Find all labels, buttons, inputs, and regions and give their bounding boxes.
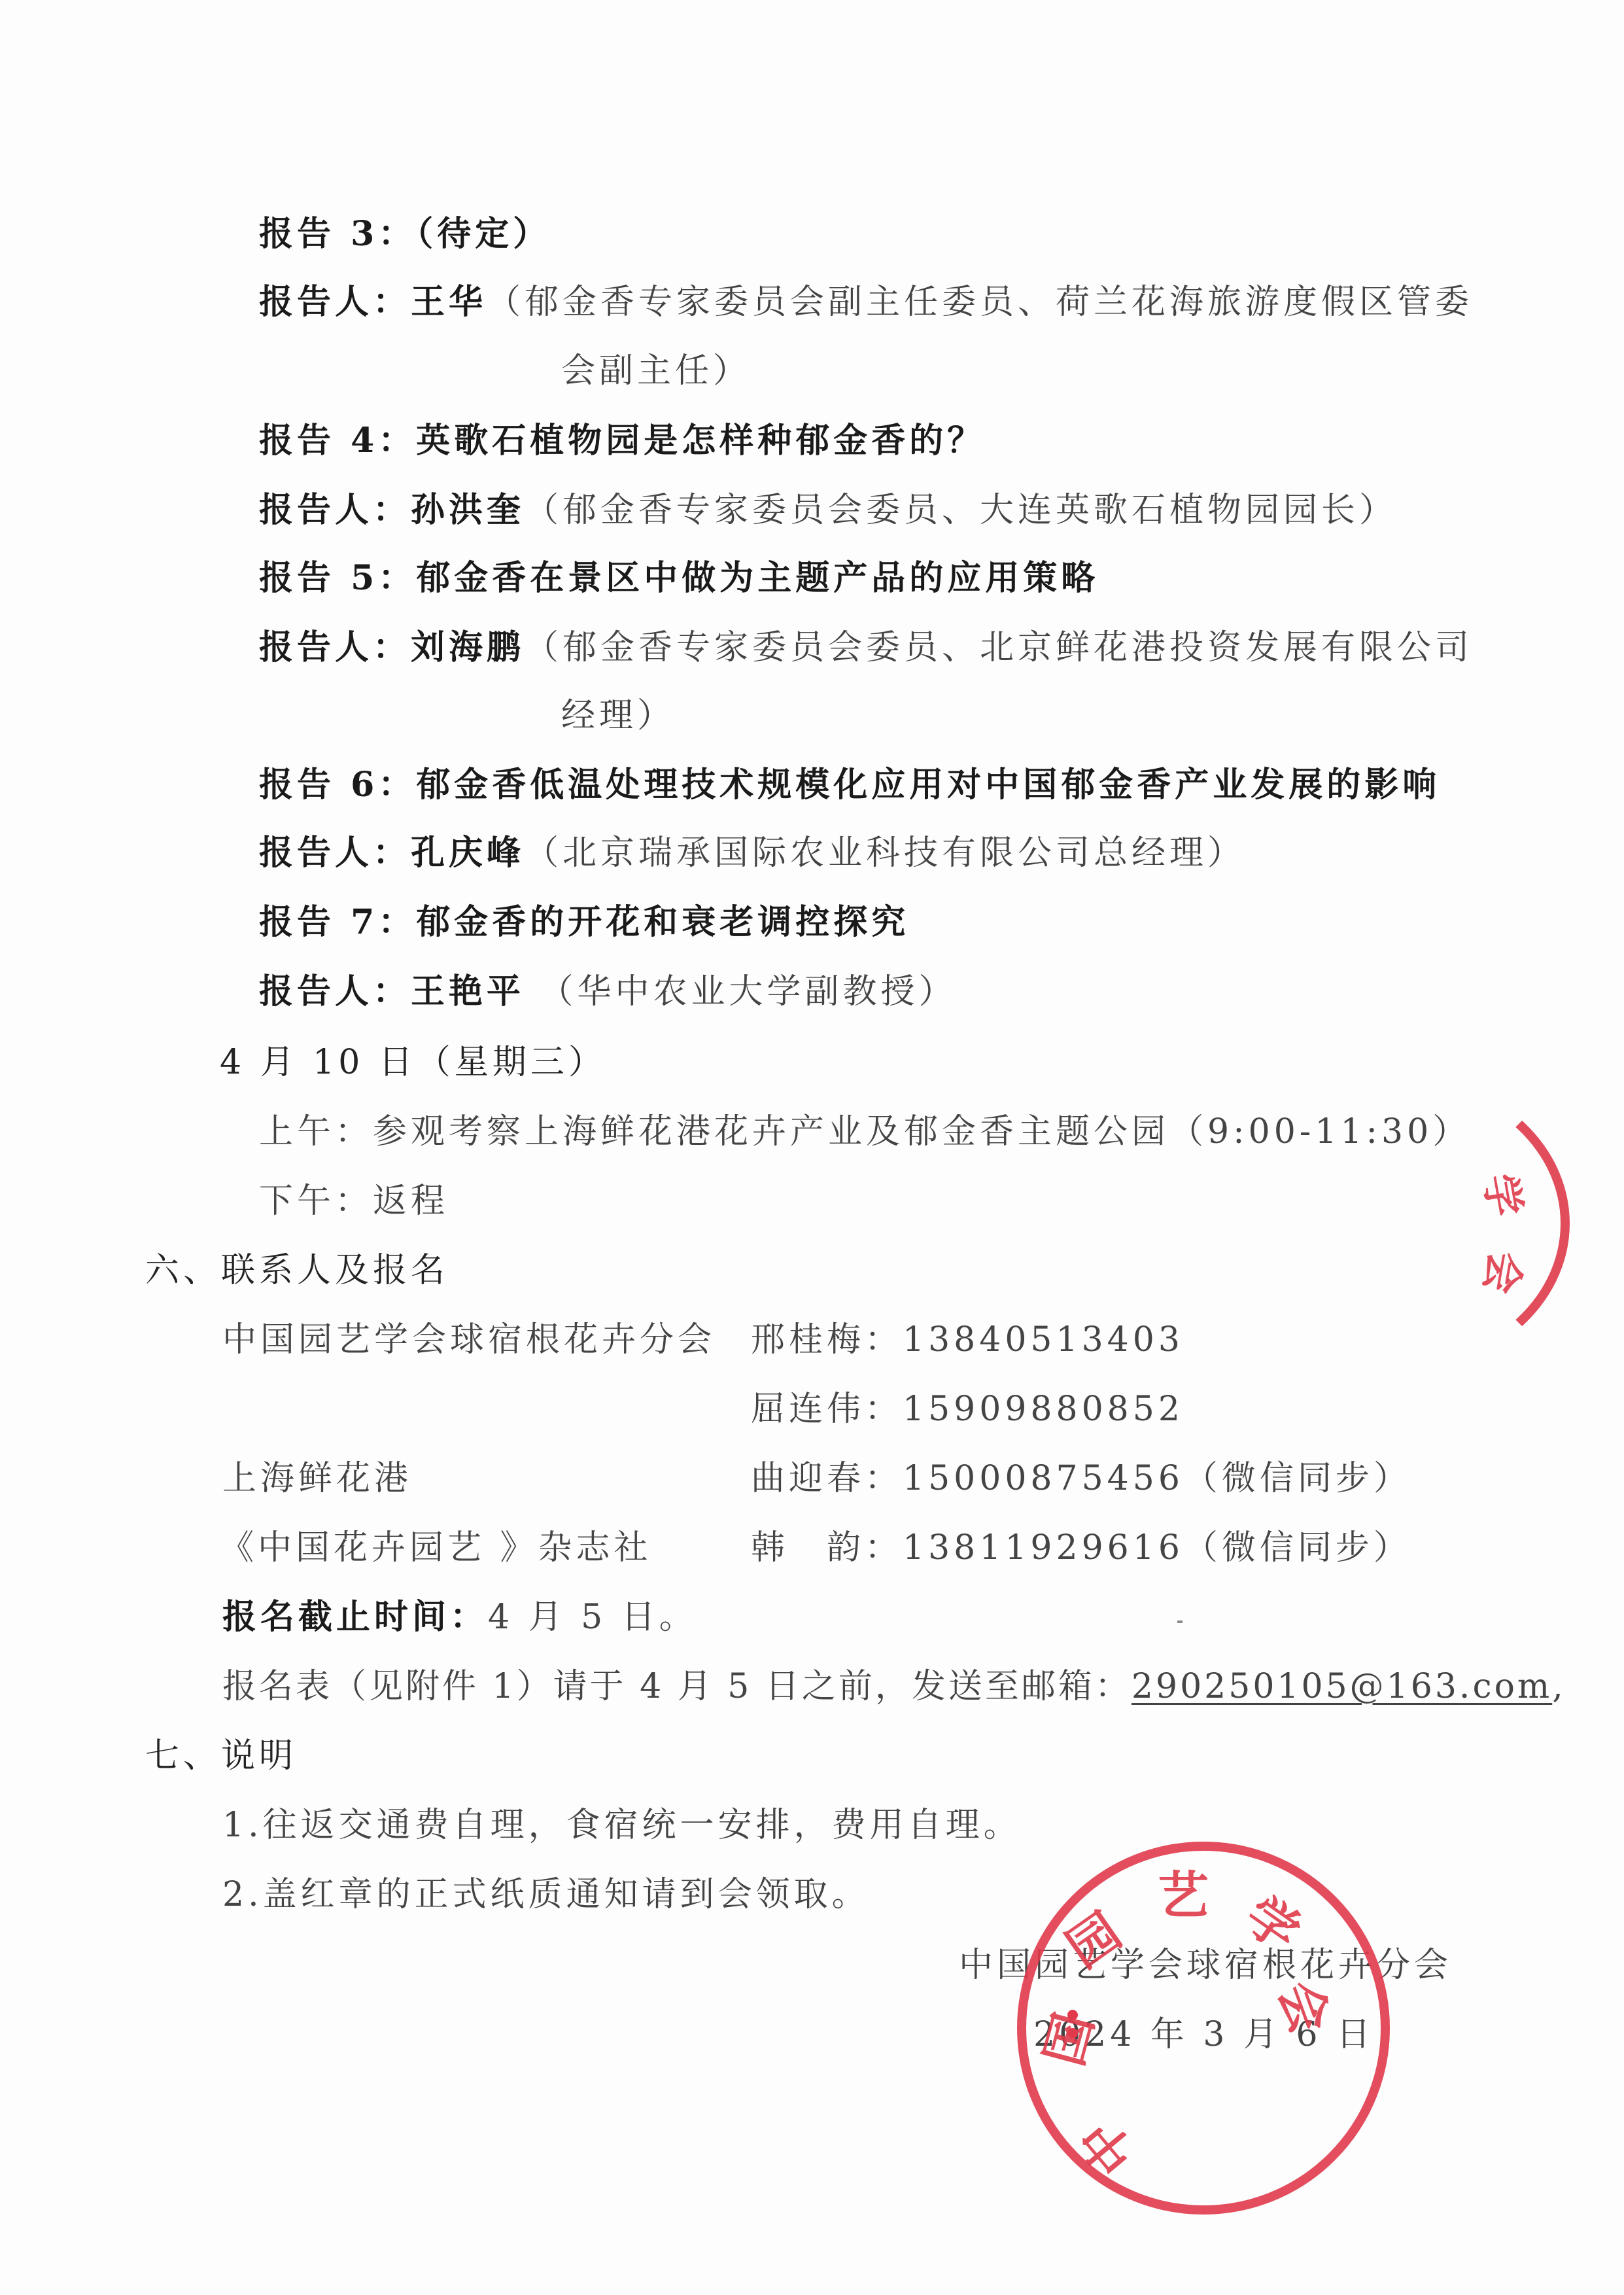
report-title: 郁金香的开花和衰老调控探究 [416,902,909,942]
report-3-line: 报告 3：（待定） [259,213,551,255]
speaker-label: 报告人： [259,972,411,1011]
day-date: 4 月 10 日（星期三） [220,1042,606,1083]
contact-person: 韩 韵：13811929616（微信同步） [751,1527,1411,1569]
speaker-affiliation: （郁金香专家委员会委员、北京鲜花港投资发展有限公司 [525,628,1473,667]
report-label: 报告 6： [259,765,416,805]
speaker-affiliation: （北京瑞承国际农业科技有限公司总经理） [525,833,1245,873]
report-title: （待定） [416,214,551,254]
section-6-heading: 六、联系人及报名 [145,1250,449,1291]
speaker-name: 王华 [411,282,487,322]
deadline-value: 4 月 5 日。 [488,1598,697,1637]
speaker-affiliation-cont: 会副主任） [561,350,751,392]
speaker-name: 刘海鹏 [411,627,525,667]
speaker-affiliation: （华中农业大学副教授） [525,972,957,1011]
stamp-dot-icon [1067,2010,1078,2020]
speaker-line: 报告人：孔庆峰（北京瑞承国际农业科技有限公司总经理） [259,832,1245,874]
note-item-2: 2.盖红章的正式纸质通知请到会领取。 [222,1874,870,1916]
speaker-label: 报告人： [259,282,411,322]
section-7-heading: 七、说明 [145,1735,297,1777]
speaker-label: 报告人： [259,833,411,873]
speaker-name: 王艳平 [411,972,525,1011]
stamp-char-icon: 艺 [1158,1855,1209,1928]
stamp-char-icon: 中 [1060,2107,1149,2193]
day-afternoon: 下午：返程 [259,1180,449,1222]
deadline-label: 报名截止时间： [222,1597,488,1637]
contact-person: 屈连伟：15909880852 [751,1388,1184,1430]
speaker-line: 报告人：孙洪奎（郁金香专家委员会委员、大连英歌石植物园园长） [259,489,1397,531]
speaker-name: 孙洪奎 [411,490,525,530]
report-6-line: 报告 6：郁金香低温处理技术规模化应用对中国郁金香产业发展的影响 [259,764,1440,806]
deadline-line: 报名截止时间：4 月 5 日。 [222,1596,697,1638]
report-title: 英歌石植物园是怎样种郁金香的？ [416,421,985,461]
report-5-line: 报告 5：郁金香在景区中做为主题产品的应用策略 [259,557,1099,599]
report-label: 报告 5： [259,558,416,598]
report-4-line: 报告 4：英歌石植物园是怎样种郁金香的？ [259,420,985,462]
speaker-name: 孔庆峰 [411,833,525,873]
stamp-dot-icon [1067,2028,1078,2039]
report-label: 报告 7： [259,902,416,942]
report-title: 郁金香在景区中做为主题产品的应用策略 [416,558,1099,598]
note-item-1: 1.往返交通费自理，食宿统一安排，费用自理。 [222,1804,1022,1846]
signature-org: 中国园艺学会球宿根花卉分会 [959,1944,1452,1986]
speaker-line: 报告人：王艳平 （华中农业大学副教授） [259,971,957,1013]
stamp-char-icon: 学 [1472,1168,1539,1220]
form-tail: , [1552,1667,1566,1706]
contact-org: 《中国花卉园艺 》杂志社 [220,1527,652,1569]
email-link[interactable]: 290250105@163.com [1132,1667,1552,1706]
speaker-affiliation: （郁金香专家委员会委员、大连英歌石植物园园长） [525,491,1397,530]
speaker-affiliation: （郁金香专家委员会副主任委员、荷兰花海旅游度假区管委 [487,283,1473,322]
form-line: 报名表（见附件 1）请于 4 月 5 日之前，发送至邮箱：290250105@1… [222,1666,1566,1708]
speaker-affiliation-cont: 经理） [561,695,675,737]
stamp-char-icon: 会 [1472,1247,1539,1299]
report-label: 报告 4： [259,421,416,461]
contact-org: 上海鲜花港 [222,1458,412,1499]
form-text: 报名表（见附件 1）请于 4 月 5 日之前，发送至邮箱： [222,1667,1132,1706]
report-title: 郁金香低温处理技术规模化应用对中国郁金香产业发展的影响 [416,765,1440,805]
contact-person: 邢桂梅：13840513403 [751,1319,1184,1361]
speaker-label: 报告人： [259,627,411,667]
stray-mark [1177,1621,1183,1623]
report-label: 报告 3： [259,214,416,254]
speaker-label: 报告人： [259,490,411,530]
contact-org: 中国园艺学会球宿根花卉分会 [222,1319,716,1361]
contact-person: 曲迎春：15000875456（微信同步） [751,1458,1411,1499]
report-7-line: 报告 7：郁金香的开花和衰老调控探究 [259,902,909,943]
day-morning: 上午：参观考察上海鲜花港花卉产业及郁金香主题公园（9:00-11:30） [259,1111,1470,1153]
speaker-line: 报告人：刘海鹏（郁金香专家委员会委员、北京鲜花港投资发展有限公司 [259,627,1473,669]
speaker-line: 报告人：王华（郁金香专家委员会副主任委员、荷兰花海旅游度假区管委 [259,281,1473,323]
